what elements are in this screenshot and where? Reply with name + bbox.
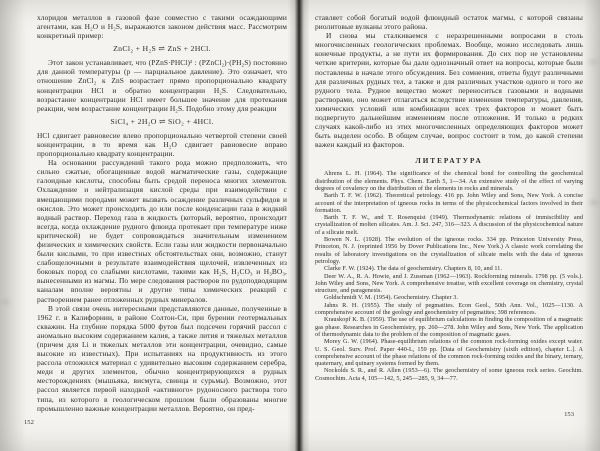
- scan-smudge: [2, 300, 10, 304]
- paragraph: HCl сдвигает равновесие влево пропорцион…: [37, 131, 287, 158]
- reference-entry: Deer W. A., R. A. Howie, and J. Zussman …: [315, 273, 583, 295]
- chemical-equation-sicl4: SiCl₄ + 2H₂O ⇌ SiO₂ + 4HCl.: [37, 117, 287, 126]
- reference-entry: Clarke F. W. (1924). The data of geochem…: [315, 265, 583, 272]
- reference-entry: Morey G. W. (1964). Phase-equilibrium re…: [315, 338, 583, 367]
- paragraph: В этой связи очень интересными представл…: [37, 304, 287, 413]
- reference-entry: Jahns R. H. (1955). The study of pegmati…: [315, 302, 583, 317]
- reference-entry: Ahrens L. H. (1964). The significance of…: [315, 170, 583, 192]
- reference-entry: Barth T. F. W., and T. Rosenquist (1949)…: [315, 214, 583, 236]
- paragraph: хлоридов металлов в газовой фазе совмест…: [37, 13, 287, 40]
- paragraph: Этот закон устанавливает, что (PZnS·PHCl…: [37, 58, 287, 113]
- chemical-equation-zncl2: ZnCl₂ + H₂S ⇌ ZnS + 2HCl.: [37, 44, 287, 53]
- book-spine-shadow: [288, 0, 310, 451]
- paragraph: И снова мы сталкиваемся с неразрешенными…: [315, 31, 583, 149]
- book-spread: хлоридов металлов в газовой фазе совмест…: [0, 0, 600, 451]
- right-edge-shadow: [584, 0, 600, 451]
- scan-smudge: [588, 60, 598, 64]
- right-page: ставляет собой богатый водой флюидный ос…: [303, 0, 600, 451]
- literature-heading: ЛИТЕРАТУРА: [315, 157, 583, 165]
- reference-entry: Nockolds S. R., and R. Allen (1953—6). T…: [315, 367, 583, 382]
- reference-entry: Barth T. F. W. (1962). Theoretical petro…: [315, 192, 583, 214]
- reference-entry: Goldschmidt V. M. (1954). Geochemistry. …: [315, 294, 583, 301]
- left-edge-shadow: [0, 0, 26, 451]
- paragraph: На основании рассуждений такого рода мож…: [37, 158, 287, 304]
- left-page: хлоридов металлов в газовой фазе совмест…: [0, 0, 297, 451]
- page-number-right: 153: [564, 411, 574, 418]
- scan-smudge: [589, 200, 598, 205]
- reference-entry: Bowen N. L. (1928). The evolution of the…: [315, 236, 583, 265]
- paragraph: ставляет собой богатый водой флюидный ос…: [315, 13, 583, 31]
- reference-entry: Krauskopf K. B. (1959). The use of equil…: [315, 316, 583, 338]
